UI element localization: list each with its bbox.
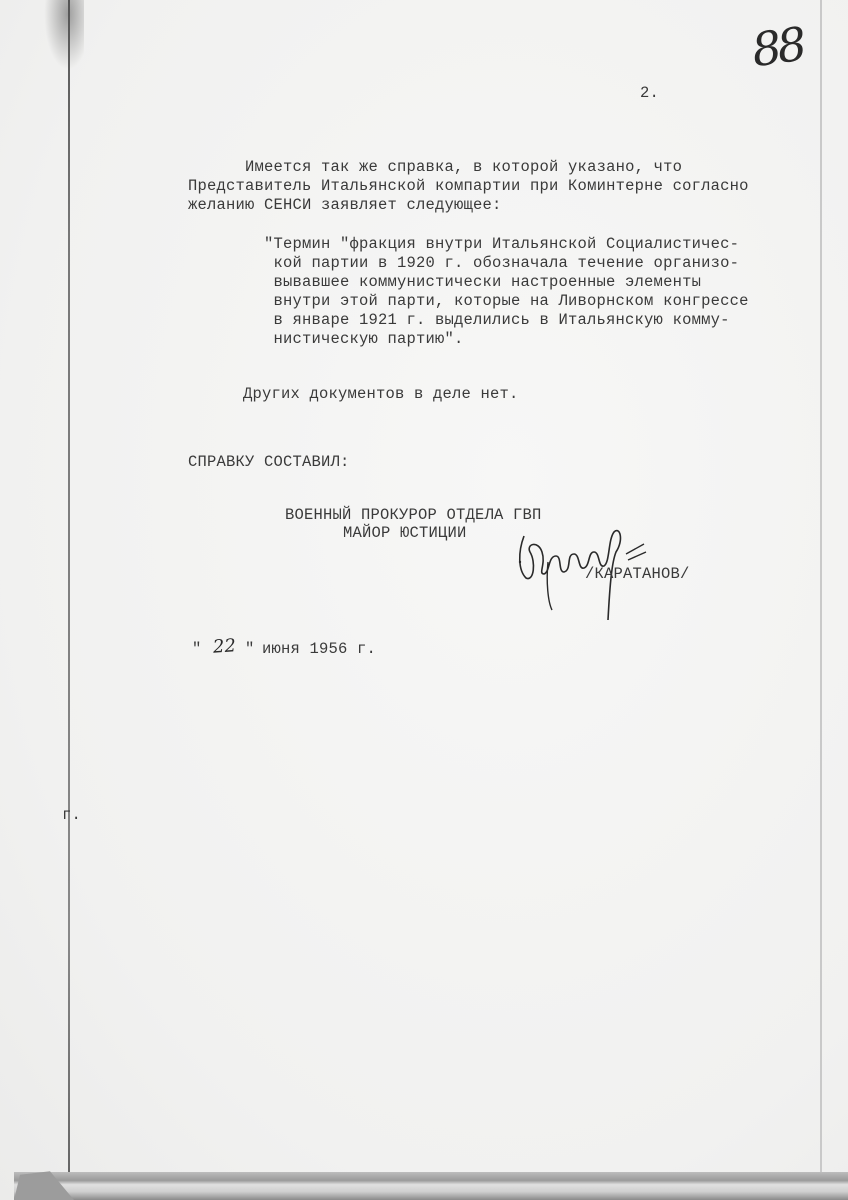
- folio-number: 88: [748, 17, 806, 78]
- quote-line-1: "Термин "фракция внутри Итальянской Соци…: [264, 235, 739, 253]
- intro-line-3: желанию СЕНСИ заявляет следующее:: [188, 196, 502, 214]
- date-close-quote: ": [245, 640, 255, 658]
- date-open-quote: ": [192, 640, 202, 658]
- quote-line-5: в январе 1921 г. выделились в Итальянску…: [264, 311, 730, 329]
- intro-line-2: Представитель Итальянской компартии при …: [188, 177, 749, 195]
- document-page: 88 2. Имеется так же справка, в которой …: [0, 0, 848, 1200]
- quote-line-4: внутри этой парти, которые на Ливорнском…: [264, 292, 749, 310]
- binding-shadow: [44, 0, 84, 70]
- signer-position-2: МАЙОР ЮСТИЦИИ: [343, 524, 467, 542]
- quote-line-3: вывавшее коммунистически настроенные эле…: [264, 273, 701, 291]
- quote-line-6: нистическую партию".: [264, 330, 464, 348]
- date-day-handwritten: 22: [212, 635, 236, 658]
- no-other-documents: Других документов в деле нет.: [243, 385, 519, 403]
- signer-name: /КАРАТАНОВ/: [585, 565, 690, 583]
- signer-position-1: ВОЕННЫЙ ПРОКУРОР ОТДЕЛА ГВП: [285, 506, 542, 524]
- margin-note: г.: [62, 806, 81, 824]
- binding-line: [68, 0, 70, 1172]
- compiled-by-label: СПРАВКУ СОСТАВИЛ:: [188, 453, 350, 471]
- date-month-year: июня 1956 г.: [262, 640, 376, 658]
- intro-line-1: Имеется так же справка, в которой указан…: [188, 158, 682, 176]
- quote-line-2: кой партии в 1920 г. обозначала течение …: [264, 254, 739, 272]
- page-number: 2.: [640, 84, 659, 102]
- page-edge-right: [820, 0, 822, 1180]
- page-edge-bottom: [14, 1172, 848, 1200]
